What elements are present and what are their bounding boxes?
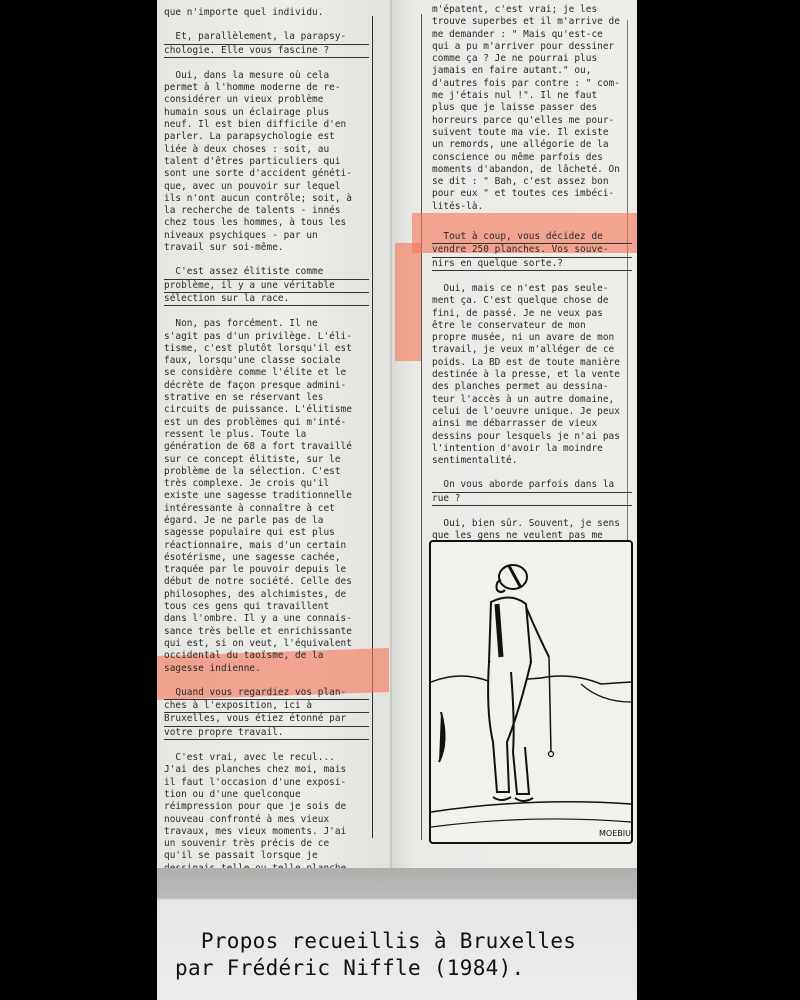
answer-line: tisme, c'est plutôt lorsqu'il est [164, 343, 369, 355]
answer-line: existe une sagesse traditionnelle [164, 490, 369, 502]
answer-line: ressent le plus. Toute la [164, 429, 369, 441]
answer-line: travaux, mes vieux moments. J'ai [164, 826, 369, 838]
answer-line: que, avec un pouvoir sur lequel [164, 181, 369, 193]
answer-line: tous ces gens qui travaillent [164, 601, 369, 613]
answer-line: conscience ou même parfois des [432, 152, 632, 164]
answer-line: parler. La parapsychologie est [164, 131, 369, 143]
answer-line: dans l'ombre. Il y a une connais- [164, 613, 369, 625]
answer-line: me demander : " Mais qu'est-ce [432, 29, 632, 41]
question-line: Tout à coup, vous décidez de [432, 231, 632, 244]
answer-line: neuf. Il est bien difficile d'en [164, 119, 369, 131]
answer-line: sance très belle et enrichissante [164, 626, 369, 638]
caption-line-2: par Frédéric Niffle (1984). [175, 956, 524, 980]
answer-line: problème de la sélection. C'est [164, 466, 369, 478]
answer-line: dessins pour lesquels je n'ai pas [432, 431, 632, 443]
answer-line: Oui, dans la mesure où cela [164, 70, 369, 82]
answer-line: ils n'ont aucun contrôle; soit, à [164, 193, 369, 205]
question-street: On vous aborde parfois dans la rue ? [432, 479, 632, 506]
caption-line-1: Propos recueillis à Bruxelles [175, 929, 576, 953]
answer-line: qui est, si on veut, l'équivalent [164, 638, 369, 650]
left-column-rule [372, 16, 373, 838]
question-line: chologie. Elle vous fascine ? [164, 45, 369, 58]
answer-line: m'épatent, c'est vrai; je les [432, 4, 632, 16]
question-line: votre propre travail. [164, 727, 369, 740]
magazine-page: que n'importe quel individu. Et, parallè… [157, 0, 637, 868]
answer-line: ainsi me débarrasser de vieux [432, 418, 632, 430]
answer-line: d'autres fois par contre : " com- [432, 78, 632, 90]
question-line: Et, parallèlement, la parapsy- [164, 31, 369, 44]
page-fold [390, 0, 392, 868]
answer-line: propre musée, ni un avare de mon [432, 332, 632, 344]
answer-sale: Oui, mais ce n'est pas seule- ment ça. C… [432, 283, 632, 467]
answer-exhibition-continued: m'épatent, c'est vrai; je les trouve sup… [432, 4, 632, 213]
answer-line: considérer un vieux problème [164, 94, 369, 106]
answer-line: l'intention d'avoir la moindre [432, 443, 632, 455]
question-sale: Tout à coup, vous décidez de vendre 250 … [432, 231, 632, 271]
right-column: m'épatent, c'est vrai; je les trouve sup… [432, 4, 632, 567]
question-parapsychology: Et, parallèlement, la parapsy- chologie.… [164, 31, 369, 58]
answer-line: ment ça. C'est quelque chose de [432, 295, 632, 307]
answer-line: être le conservateur de mon [432, 320, 632, 332]
answer-line: génération de 68 a fort travaillé [164, 441, 369, 453]
answer-line: sagesse populaire qui est plus [164, 527, 369, 539]
answer-line: comme ça ? Je ne pourrai plus [432, 53, 632, 65]
answer-line: talent d'êtres particuliers qui [164, 156, 369, 168]
answer-line: tion ou d'une quelconque [164, 789, 369, 801]
answer-line: faux, lorsqu'une classe sociale [164, 355, 369, 367]
answer-line: très complexe. Je crois qu'il [164, 478, 369, 490]
left-column: que n'importe quel individu. Et, parallè… [164, 7, 369, 900]
answer-line: lités-là. [432, 201, 632, 213]
answer-line: qu'il se passait lorsque je [164, 850, 369, 862]
question-line: Bruxelles, vous étiez étonné par [164, 713, 369, 726]
answer-line: circuits de puissance. L'élitisme [164, 404, 369, 416]
answer-line: un remords, une allégorie de la [432, 139, 632, 151]
question-line: C'est assez élitiste comme [164, 266, 369, 279]
aviator-illustration: MOEBIUS [429, 540, 633, 844]
answer-line: chez tous les hommes, à tous les [164, 217, 369, 229]
answer-line: sentimentalité. [432, 455, 632, 467]
answer-line: égard. Je ne parle pas de la [164, 515, 369, 527]
answer-line: travail, je veux m'alléger de ce [432, 344, 632, 356]
question-line: nirs en quelque sorte.? [432, 258, 632, 271]
answer-line: est un des problèmes qui m'inté- [164, 417, 369, 429]
right-column-divider-rule [421, 14, 422, 840]
answer-line: nouveau confronté à mes vieux [164, 814, 369, 826]
answer-line: celui de l'oeuvre unique. Je peux [432, 406, 632, 418]
answer-elitism: Non, pas forcément. Il ne s'agit pas d'u… [164, 318, 369, 675]
svg-text:MOEBIUS: MOEBIUS [599, 829, 631, 838]
answer-line: jamais en faire autant." ou, [432, 65, 632, 77]
answer-line: humain sous un éclairage plus [164, 107, 369, 119]
answer-line: qui a pu m'arriver pour dessiner [432, 41, 632, 53]
answer-line: des planches permet au dessina- [432, 381, 632, 393]
answer-line: Non, pas forcément. Il ne [164, 318, 369, 330]
answer-line: Oui, mais ce n'est pas seule- [432, 283, 632, 295]
answer-line: occidental du taoïsme, de la [164, 650, 369, 662]
answer-line: liée à deux choses : soit, au [164, 144, 369, 156]
answer-line: travail sur soi-même. [164, 242, 369, 254]
highlight-q4-margin [395, 243, 421, 361]
question-line: On vous aborde parfois dans la [432, 479, 632, 492]
answer-line: fini, de passé. Je ne veux pas [432, 308, 632, 320]
answer-line: teur l'accès à un autre domaine, [432, 394, 632, 406]
answer-line: Oui, bien sûr. Souvent, je sens [432, 518, 632, 530]
answer-line: destinée à la presse, et la vente [432, 369, 632, 381]
answer-line: moments d'abandon, de lâcheté. On [432, 164, 632, 176]
answer-line: début de notre société. Celle des [164, 576, 369, 588]
aviator-drawing-icon: MOEBIUS [431, 542, 631, 842]
answer-line: la recherche de talents - innés [164, 205, 369, 217]
answer-line: intéressante à connaître à cet [164, 503, 369, 515]
answer-line: ésotérisme, une sagesse cachée, [164, 552, 369, 564]
question-line: problème, il y a une véritable [164, 280, 369, 293]
answer-line: pour eux " et toutes ces imbéci- [432, 188, 632, 200]
answer-line: J'ai des planches chez moi, mais [164, 764, 369, 776]
answer-line: décrète de façon presque admini- [164, 380, 369, 392]
answer-line: suivent toute ma vie. Il existe [432, 127, 632, 139]
question-line: vendre 250 planches. Vos souve- [432, 244, 632, 257]
caption-strip: Propos recueillis à Bruxelles par Frédér… [157, 868, 637, 1000]
answer-line: permet à l'homme moderne de re- [164, 82, 369, 94]
answer-line: sagesse indienne. [164, 663, 369, 675]
answer-line: réactionnaire, mais d'un certain [164, 540, 369, 552]
credit-caption: Propos recueillis à Bruxelles par Frédér… [175, 928, 576, 982]
answer-line: strative en se réservant les [164, 392, 369, 404]
intro-line: que n'importe quel individu. [164, 7, 369, 19]
answer-line: un souvenir très précis de ce [164, 838, 369, 850]
answer-line: sont une sorte d'accident généti- [164, 168, 369, 180]
question-line: Quand vous regardiez vos plan- [164, 687, 369, 700]
question-line: ches à l'exposition, ici à [164, 700, 369, 713]
question-exhibition: Quand vous regardiez vos plan- ches à l'… [164, 687, 369, 740]
answer-line: se considère comme l'élite et le [164, 367, 369, 379]
answer-line: trouve superbes et il m'arrive de [432, 16, 632, 28]
question-elitism: C'est assez élitiste comme problème, il … [164, 266, 369, 306]
answer-line: horreurs parce qu'elles me pour- [432, 115, 632, 127]
answer-line: niveaux psychiques - par un [164, 230, 369, 242]
answer-line: philosophes, des alchimistes, de [164, 589, 369, 601]
answer-line: me j'étais nul !". Il ne faut [432, 90, 632, 102]
answer-line: C'est vrai, avec le recul... [164, 752, 369, 764]
answer-line: plus que je laisse passer des [432, 102, 632, 114]
answer-line: sur ce concept élitiste, sur le [164, 454, 369, 466]
answer-line: il faut l'occasion d'une exposi- [164, 777, 369, 789]
question-line: rue ? [432, 493, 632, 506]
question-line: sélection sur la race. [164, 293, 369, 306]
answer-line: réimpression pour que je sois de [164, 801, 369, 813]
answer-parapsychology: Oui, dans la mesure où cela permet à l'h… [164, 70, 369, 254]
answer-line: s'agit pas d'un privilège. L'éli- [164, 331, 369, 343]
answer-line: traquée par le pouvoir depuis le [164, 564, 369, 576]
answer-line: se dit : " Bah, c'est assez bon [432, 176, 632, 188]
answer-line: poids. La BD est de toute manière [432, 357, 632, 369]
